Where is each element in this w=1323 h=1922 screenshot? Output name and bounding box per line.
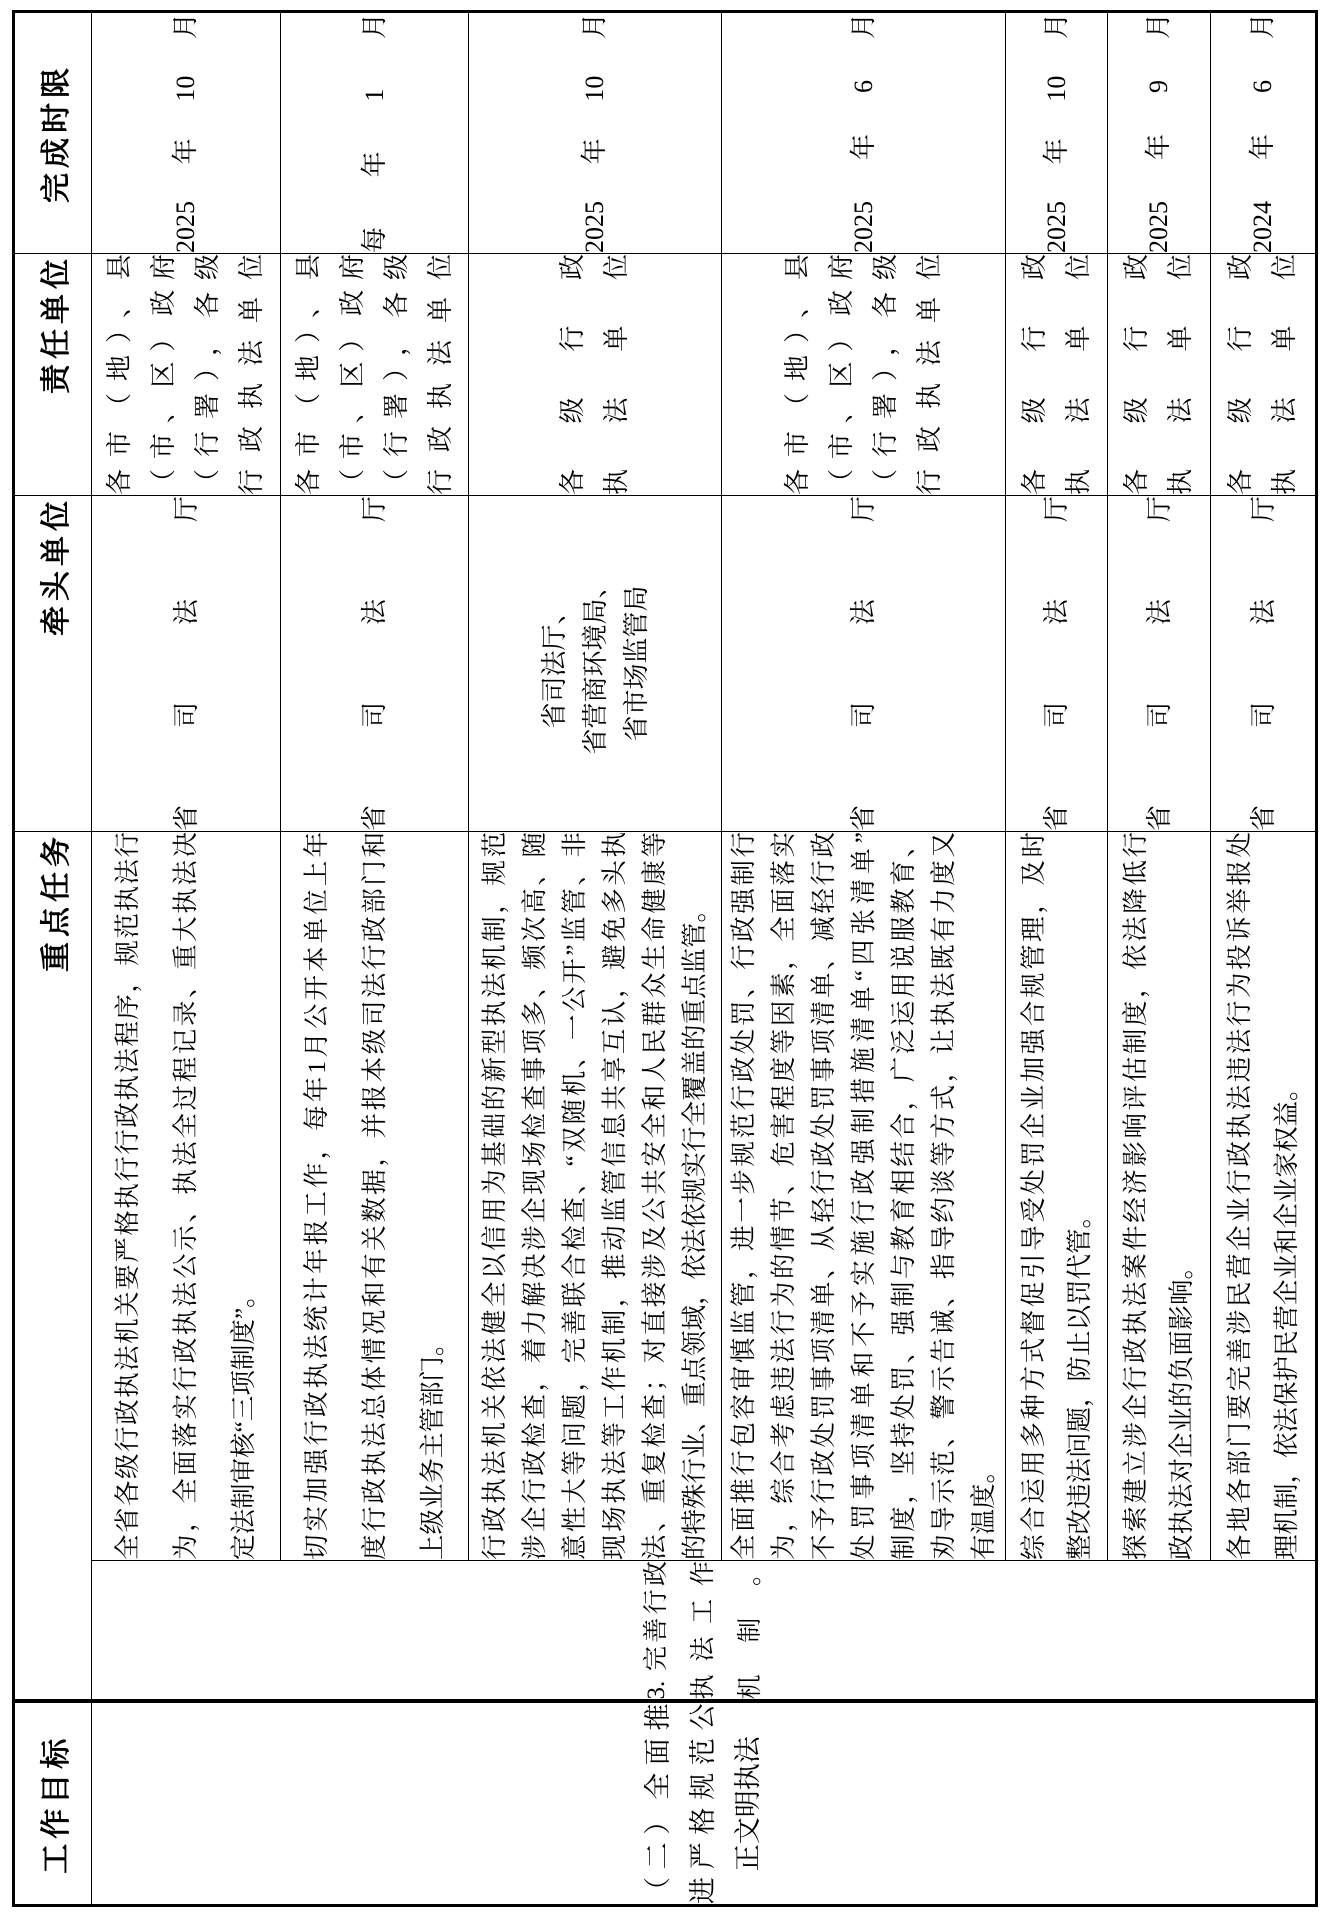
lead-unit-cell: 省司法厅	[281, 496, 469, 832]
responsible-unit-cell: 各市（地）、县（市、区）政府（行署），各级行政执法单位	[281, 254, 469, 496]
responsible-unit-cell: 各市（地）、县（市、区）政府（行署），各级行政执法单位	[722, 254, 1006, 496]
lead-unit-cell: 省司法厅	[722, 496, 1006, 832]
deadline-cell: 2025年10月	[469, 12, 722, 254]
deadline-cell: 2024年6月	[1211, 12, 1317, 254]
work-plan-table: 工作目标 重点任务 牵头单位 责任单位 完成时限 （二）全面推进严格规范公正文明…	[12, 10, 1318, 1907]
lead-unit-cell: 省司法厅	[1108, 496, 1211, 832]
task-cell: 探索建立涉企行政执法案件经济影响评估制度，依法降低行政执法对企业的负面影响。	[1108, 832, 1211, 1561]
deadline-cell: 2025年6月	[722, 12, 1006, 254]
deadline-cell: 2025年10月	[92, 12, 281, 254]
task-cell: 综合运用多种方式督促引导受处罚企业加强合规管理，及时整改违法问题，防止以罚代管。	[1006, 832, 1108, 1561]
deadline-cell: 2025年10月	[1006, 12, 1108, 254]
deadline-cell: 每年1月	[281, 12, 469, 254]
lead-unit-cell: 省司法厅	[1006, 496, 1108, 832]
rotated-landscape-canvas: 工作目标 重点任务 牵头单位 责任单位 完成时限 （二）全面推进严格规范公正文明…	[0, 0, 1323, 1922]
header-task: 重点任务	[14, 832, 92, 1702]
responsible-unit-cell: 各级行政执法单位	[1006, 254, 1108, 496]
header-lead-unit: 牵头单位	[14, 496, 92, 832]
task-cell: 全面推行包容审慎监管，进一步规范行政处罚、行政强制行为，综合考虑违法行为的情节、…	[722, 832, 1006, 1561]
responsible-unit-cell: 各级行政执法单位	[1211, 254, 1317, 496]
task-cell: 行政执法机关依法健全以信用为基础的新型执法机制，规范涉企行政检查，着力解决涉企现…	[469, 832, 722, 1561]
subgoal-cell: 3. 完善行政执法工作机制。	[92, 1561, 1317, 1702]
deadline-cell: 2025年9月	[1108, 12, 1211, 254]
table-row: （二）全面推进严格规范公正文明执法 3. 完善行政执法工作机制。 全省各级行政执…	[92, 12, 281, 1906]
document-page: 工作目标 重点任务 牵头单位 责任单位 完成时限 （二）全面推进严格规范公正文明…	[0, 0, 1323, 1922]
responsible-unit-cell: 各级行政执法单位	[1108, 254, 1211, 496]
table-header-row: 工作目标 重点任务 牵头单位 责任单位 完成时限	[14, 12, 92, 1906]
task-cell: 全省各级行政执法机关要严格执行行政执法程序，规范执法行为，全面落实行政执法公示、…	[92, 832, 281, 1561]
header-responsible-unit: 责任单位	[14, 254, 92, 496]
lead-unit-cell: 省司法厅	[92, 496, 281, 832]
goal-cell: （二）全面推进严格规范公正文明执法	[92, 1702, 1317, 1906]
responsible-unit-cell: 各级行政执法单位	[469, 254, 722, 496]
task-cell: 各地各部门要完善涉民营企业行政执法违法行为投诉举报处理机制，依法保护民营企业和企…	[1211, 832, 1317, 1561]
header-goal: 工作目标	[14, 1702, 92, 1906]
header-deadline: 完成时限	[14, 12, 92, 254]
task-cell: 切实加强行政执法统计年报工作，每年1月公开本单位上年度行政执法总体情况和有关数据…	[281, 832, 469, 1561]
responsible-unit-cell: 各市（地）、县（市、区）政府（行署），各级行政执法单位	[92, 254, 281, 496]
lead-unit-cell: 省司法厅、省营商环境局、省市场监管局	[469, 496, 722, 832]
lead-unit-cell: 省司法厅	[1211, 496, 1317, 832]
